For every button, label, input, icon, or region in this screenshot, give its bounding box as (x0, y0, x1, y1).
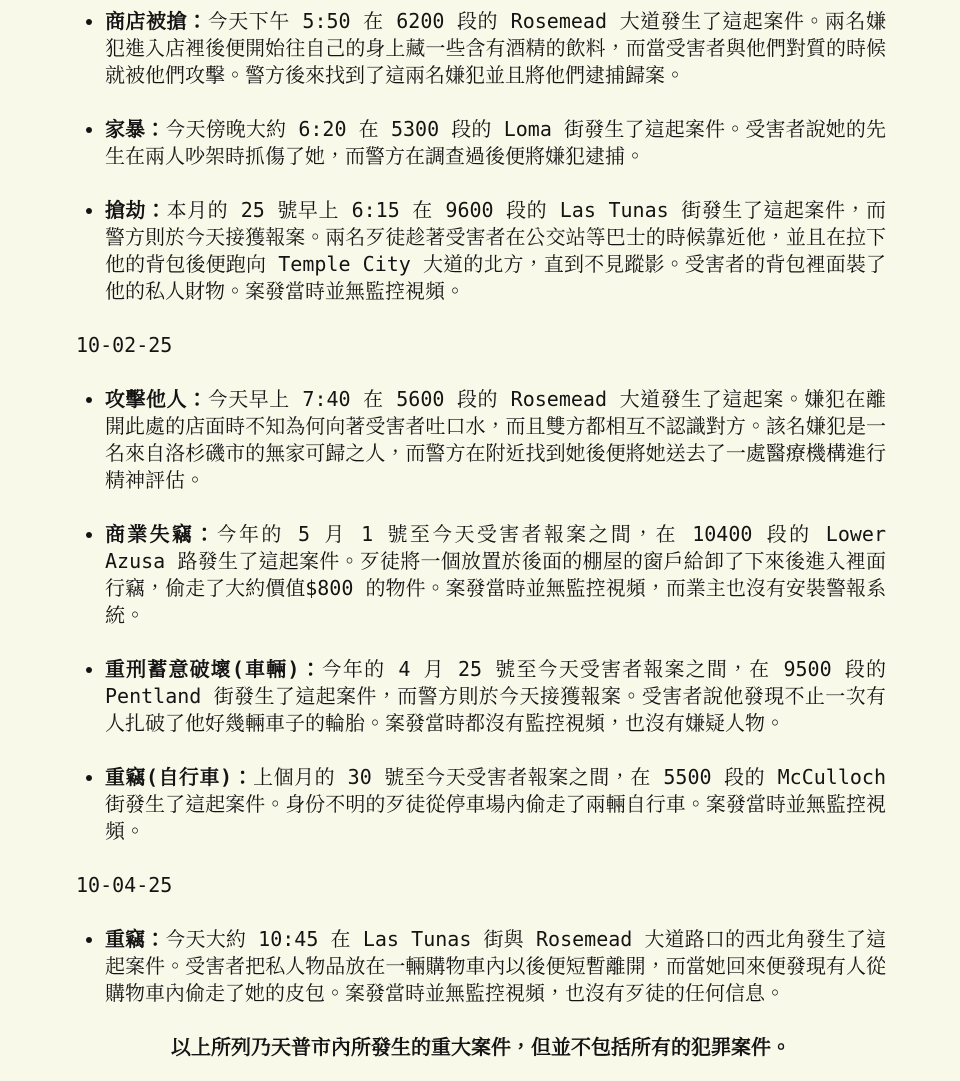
incident-type-label: 攻擊他人： (105, 387, 208, 411)
incident-type-label: 重竊： (105, 927, 165, 951)
list-item: 家暴：今天傍晚大約 6:20 在 5300 段的 Loma 街發生了這起案件。受… (105, 116, 886, 170)
date-heading: 10-02-25 (76, 332, 886, 359)
incident-type-label: 重竊(自行車)： (105, 765, 253, 789)
incident-list-section-3: 重竊：今天大約 10:45 在 Las Tunas 街與 Rosemead 大道… (76, 926, 886, 1007)
incident-list-section-1: 商店被搶：今天下午 5:50 在 6200 段的 Rosemead 大道發生了這… (76, 8, 886, 305)
list-item: 重刑蓄意破壞(車輛)：今年的 4 月 25 號至今天受害者報案之間，在 9500… (105, 656, 886, 737)
incident-type-label: 商店被搶： (105, 9, 208, 33)
report-footer-note: 以上所列乃天普市內所發生的重大案件，但並不包括所有的犯罪案件。 (76, 1034, 886, 1061)
incident-type-label: 商業失竊： (105, 522, 217, 546)
incident-description: 今天下午 5:50 在 6200 段的 Rosemead 大道發生了這起案件。兩… (105, 9, 886, 87)
list-item: 商店被搶：今天下午 5:50 在 6200 段的 Rosemead 大道發生了這… (105, 8, 886, 89)
incident-description: 今年的 5 月 1 號至今天受害者報案之間，在 10400 段的 Lower A… (105, 522, 886, 627)
incident-list-section-2: 攻擊他人：今天早上 7:40 在 5600 段的 Rosemead 大道發生了這… (76, 386, 886, 845)
list-item: 商業失竊：今年的 5 月 1 號至今天受害者報案之間，在 10400 段的 Lo… (105, 521, 886, 629)
list-item: 重竊：今天大約 10:45 在 Las Tunas 街與 Rosemead 大道… (105, 926, 886, 1007)
incident-description: 今天傍晚大約 6:20 在 5300 段的 Loma 街發生了這起案件。受害者說… (105, 117, 886, 168)
crime-report-document: 商店被搶：今天下午 5:50 在 6200 段的 Rosemead 大道發生了這… (0, 0, 960, 1081)
incident-type-label: 重刑蓄意破壞(車輛)： (105, 657, 322, 681)
incident-type-label: 搶劫： (105, 198, 167, 222)
date-heading: 10-04-25 (76, 872, 886, 899)
incident-type-label: 家暴： (105, 117, 165, 141)
incident-description: 本月的 25 號早上 6:15 在 9600 段的 Las Tunas 街發生了… (105, 198, 886, 303)
list-item: 重竊(自行車)：上個月的 30 號至今天受害者報案之間，在 5500 段的 Mc… (105, 764, 886, 845)
list-item: 攻擊他人：今天早上 7:40 在 5600 段的 Rosemead 大道發生了這… (105, 386, 886, 494)
list-item: 搶劫：本月的 25 號早上 6:15 在 9600 段的 Las Tunas 街… (105, 197, 886, 305)
incident-description: 今天早上 7:40 在 5600 段的 Rosemead 大道發生了這起案。嫌犯… (105, 387, 886, 492)
incident-description: 今天大約 10:45 在 Las Tunas 街與 Rosemead 大道路口的… (105, 927, 886, 1005)
